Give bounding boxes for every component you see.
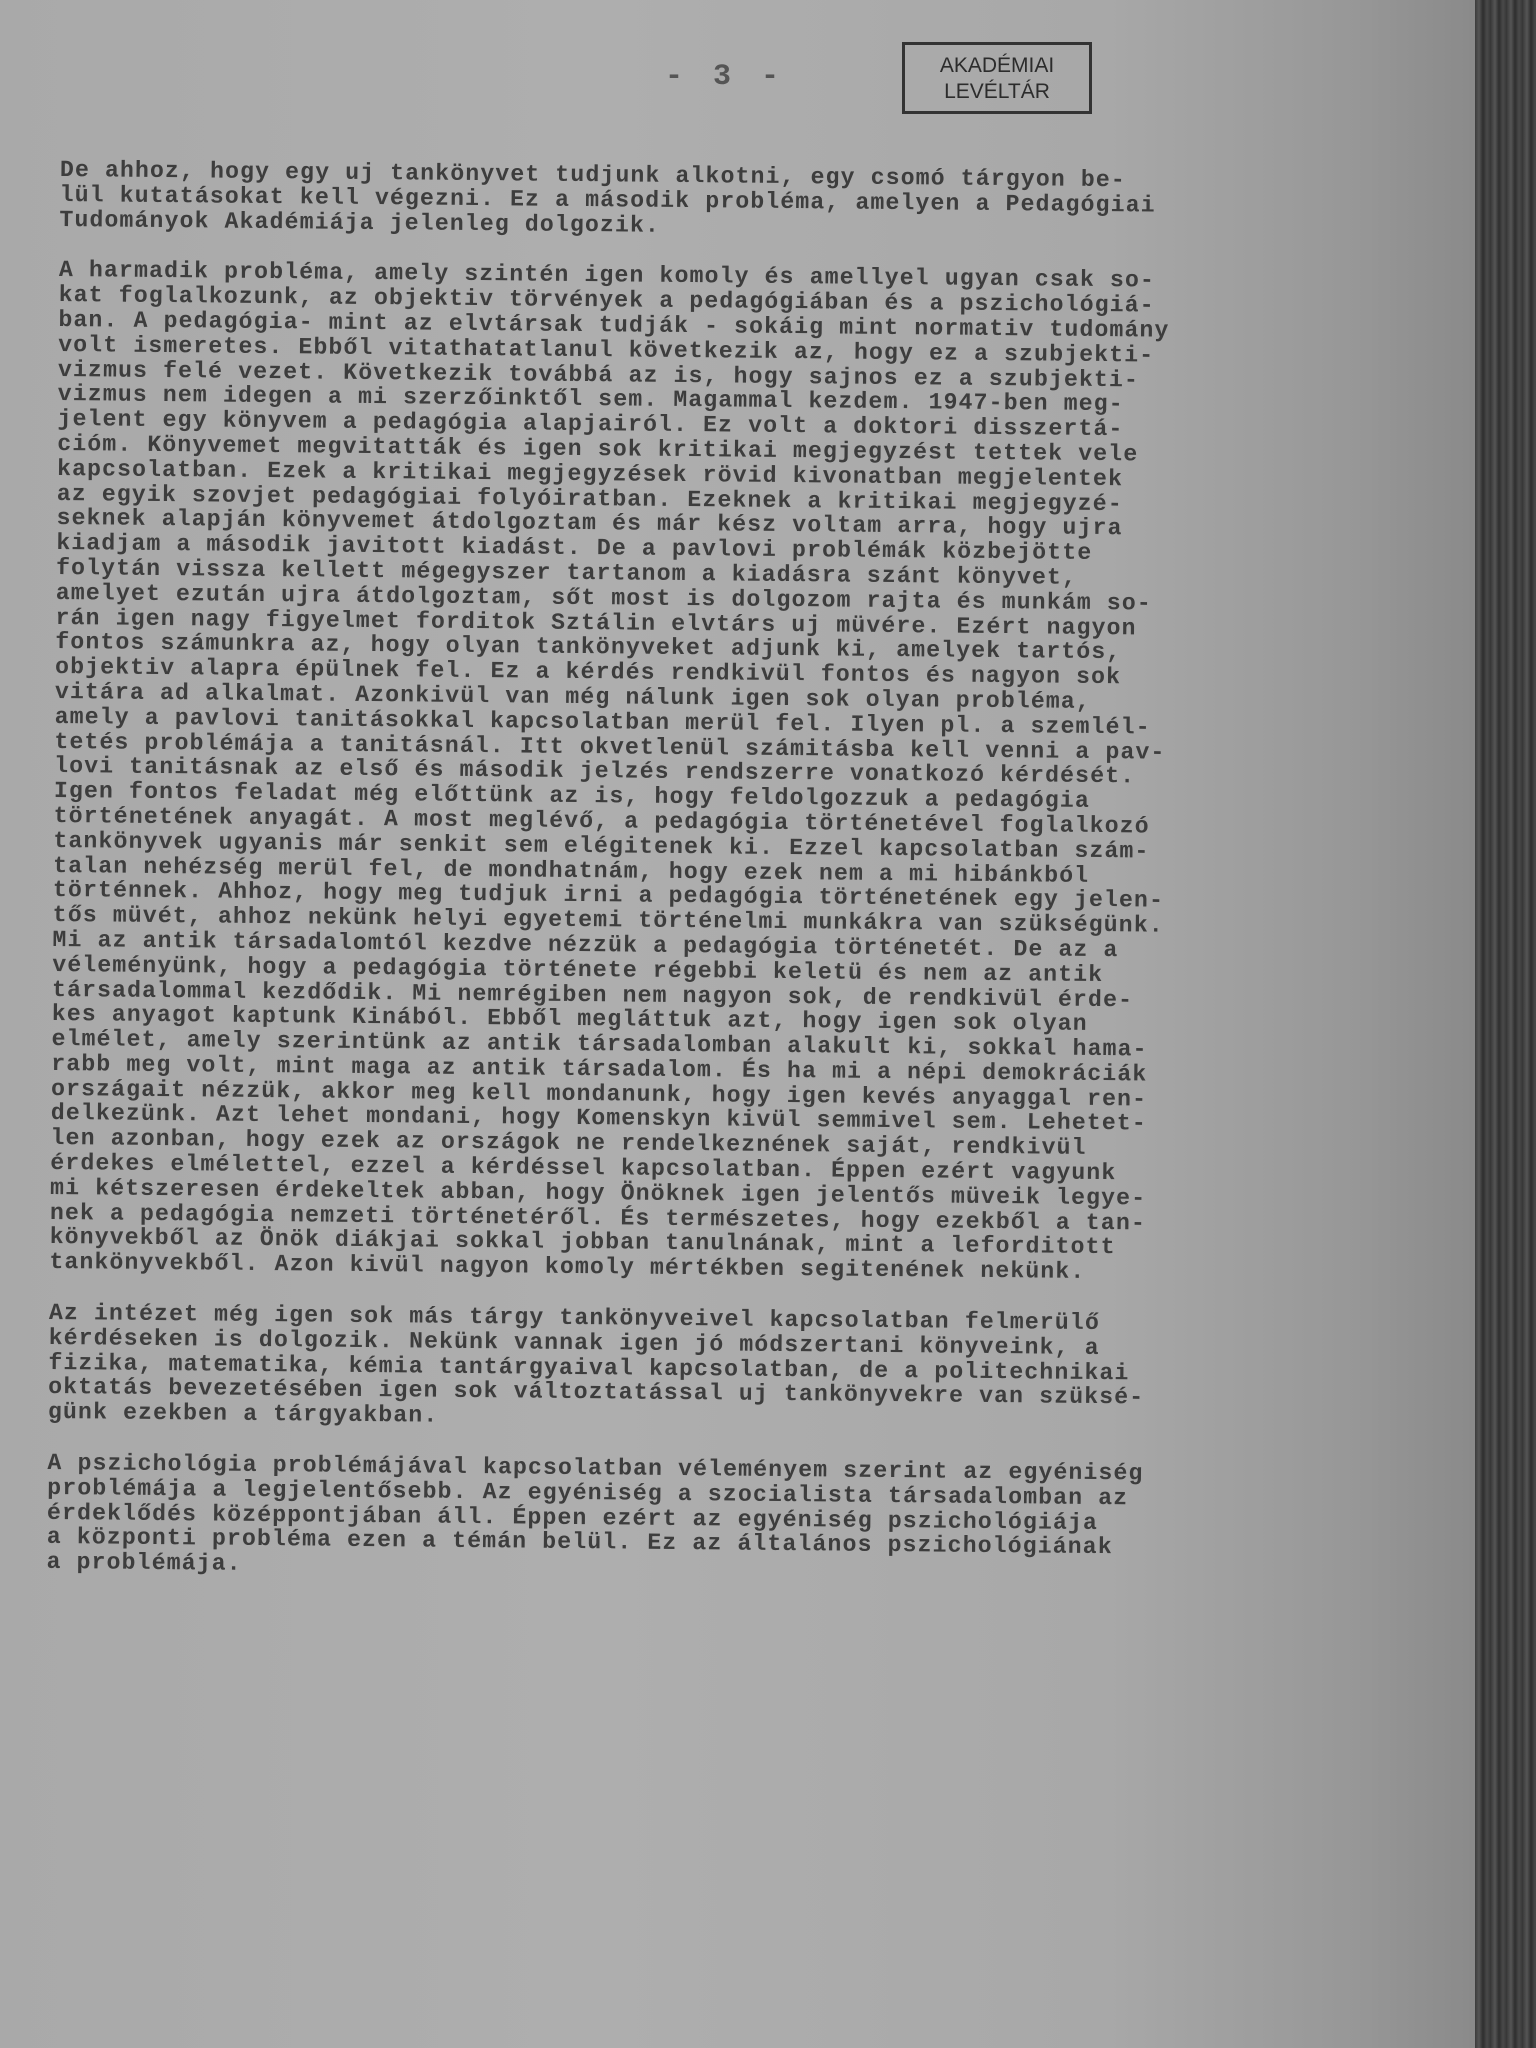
typewritten-body: De ahhoz, hogy egy uj tankönyvet tudjunk… <box>46 158 1460 1614</box>
paragraph: De ahhoz, hogy egy uj tankönyvet tudjunk… <box>59 158 1460 246</box>
archive-stamp: AKADÉMIAI LEVÉLTÁR <box>902 42 1092 114</box>
stamp-line-1: AKADÉMIAI <box>905 53 1089 79</box>
stamp-line-2: LEVÉLTÁR <box>905 79 1089 105</box>
document-page: - 3 - AKADÉMIAI LEVÉLTÁR De ahhoz, hogy … <box>0 0 1475 2048</box>
paragraph: A pszichológia problémájával kapcsolatba… <box>46 1451 1447 1588</box>
paragraph: A harmadik probléma, amely szintén igen … <box>49 258 1459 1288</box>
paragraph: Az intézet még igen sok más tárgy tankön… <box>48 1301 1449 1438</box>
book-binding-edge <box>1475 0 1536 2048</box>
page-number: - 3 - <box>665 60 785 94</box>
